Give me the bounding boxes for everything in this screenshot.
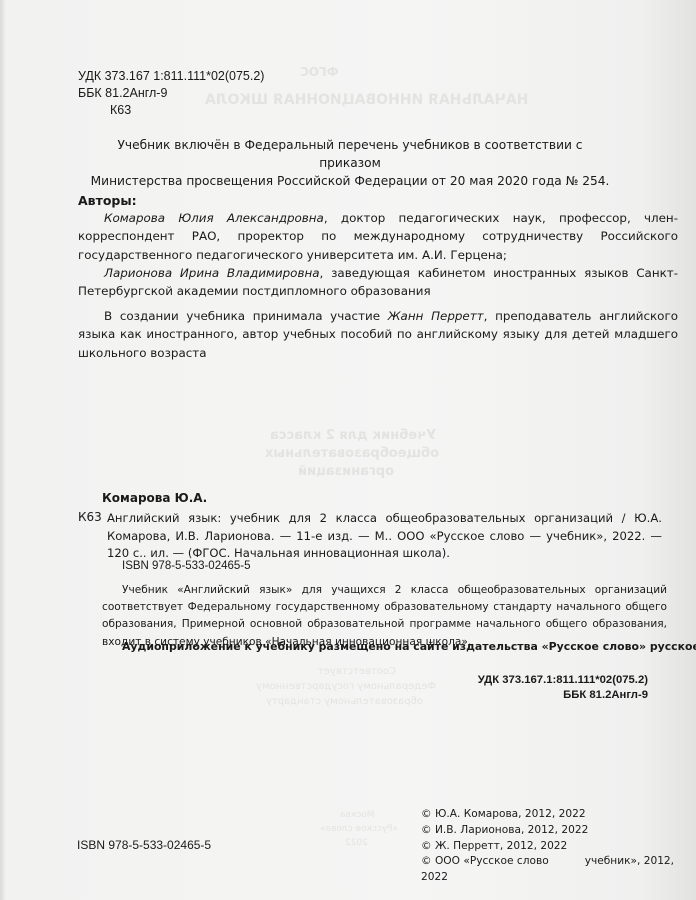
notice-line-2: Министерства просвещения Российской Феде… — [90, 172, 610, 190]
bleed-through-badge-2: Федеральному государственному — [256, 681, 436, 692]
author-mark: К63 — [78, 102, 264, 119]
page: ФГОС НАЧАЛЬНАЯ ИННОВАЦИОННАЯ ШКОЛА Учебн… — [0, 0, 696, 900]
bleed-through-badge-1: Соответствует — [318, 666, 396, 677]
bibliography-entry: Английский язык: учебник для 2 класса об… — [107, 510, 662, 563]
udk-code-right: УДК 373.167.1:811.111*02(075.2) — [478, 673, 648, 688]
authors-heading: Авторы: — [78, 193, 137, 208]
copyright-line: © ООО «Русское словоучебник», 2012, 2022 — [421, 854, 696, 886]
author-name: Комарова Юлия Александровна — [104, 211, 324, 225]
bleed-through-city-2: «Русское слово» — [320, 824, 398, 834]
audio-note: Аудиоприложение к учебнику размещено на … — [122, 640, 696, 653]
contributor-name: Жанн Перретт — [388, 309, 484, 323]
contributor-note: В создании учебника принимала участие Жа… — [78, 307, 678, 362]
copyright-line: © Ж. Перретт, 2012, 2022 — [421, 839, 696, 855]
copyright-publisher-left: © ООО «Русское слово — [421, 855, 549, 867]
classification-right: УДК 373.167.1:811.111*02(075.2) ББК 81.2… — [478, 673, 648, 703]
bleed-through-subtitle-3: организаций — [298, 464, 394, 479]
bibliography-author: Комарова Ю.А. — [102, 491, 207, 505]
bbk-code-right: ББК 81.2Англ-9 — [478, 688, 648, 703]
bbk-code: ББК 81.2Англ-9 — [78, 85, 264, 102]
classification-block: УДК 373.167 1:811.111*02(075.2) ББК 81.2… — [78, 68, 264, 119]
notice-line-1: Учебник включён в Федеральный перечень у… — [90, 136, 610, 172]
bleed-through-city-1: Москва — [340, 810, 374, 820]
author-entry: Комарова Юлия Александровна, доктор педа… — [78, 209, 678, 264]
copyright-block: © Ю.А. Комарова, 2012, 2022 © И.В. Ларио… — [421, 807, 696, 886]
standard-note-text: Учебник «Английский язык» для учащихся 2… — [102, 584, 667, 648]
bleed-through-series-top: ФГОС — [300, 65, 339, 79]
bleed-through-subtitle-1: Учебник для 2 класса — [270, 428, 436, 443]
bibliography-isbn: ISBN 978-5-533-02465-5 — [122, 560, 251, 572]
author-entry: Ларионова Ирина Владимировна, заведующая… — [78, 264, 678, 301]
federal-list-notice: Учебник включён в Федеральный перечень у… — [90, 136, 610, 190]
bleed-through-badge-3: образовательному стандарту — [266, 696, 423, 707]
bibliography-entry-text: Английский язык: учебник для 2 класса об… — [107, 511, 662, 560]
isbn-bottom: ISBN 978-5-533-02465-5 — [77, 838, 211, 852]
copyright-line: © И.В. Ларионова, 2012, 2022 — [421, 823, 696, 839]
contributor-prefix: В создании учебника принимала участие — [104, 309, 388, 323]
copyright-line: © Ю.А. Комарова, 2012, 2022 — [421, 807, 696, 823]
bleed-through-subtitle-2: общеобразовательных — [265, 446, 439, 461]
author-name: Ларионова Ирина Владимировна — [104, 266, 320, 280]
bibliography-code: К63 — [78, 510, 102, 524]
bleed-through-city-3: 2022 — [345, 838, 368, 848]
udk-code: УДК 373.167 1:811.111*02(075.2) — [78, 68, 264, 85]
